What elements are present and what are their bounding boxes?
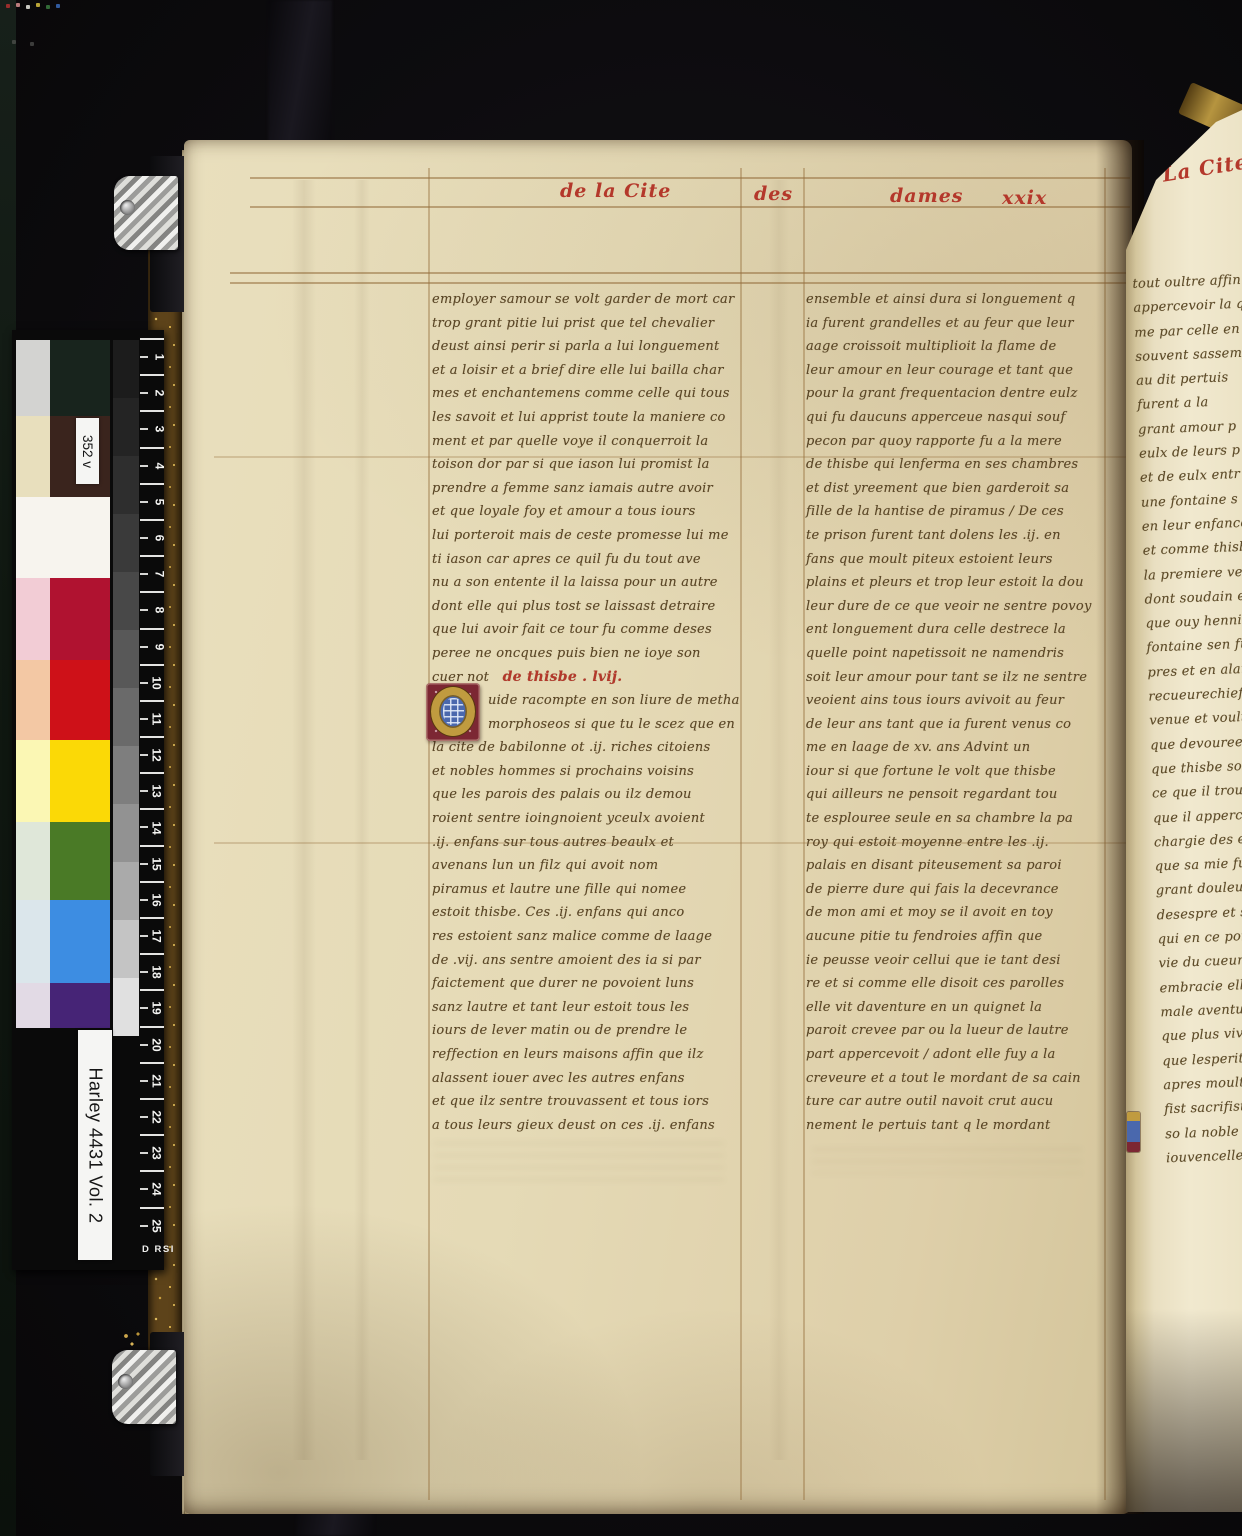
ruler-footer-label: D RSI <box>142 1245 175 1255</box>
text-line: so la noble Cy d <box>1165 1118 1242 1147</box>
color-patch <box>16 740 50 822</box>
color-patch-row <box>16 578 110 660</box>
next-folio-edge: La Cite tout oultre affin qappercevoir l… <box>1126 60 1242 1512</box>
color-patch-row <box>16 497 110 578</box>
color-patch <box>50 900 110 983</box>
text-line: ce que il trouva <box>1152 778 1242 807</box>
text-line: a tous leurs gieux deust on ces .ij. enf… <box>432 1114 738 1138</box>
color-calibration-bar: 1234567891011121314151617181920212223242… <box>12 330 164 1270</box>
text-line: furent a la <box>1137 389 1242 418</box>
ruling-line <box>250 206 1130 208</box>
black-strap-top <box>268 0 332 154</box>
text-line: de pierre dure qui fais la decevrance <box>806 878 1112 902</box>
text-line: elle vit daventure en un quignet la <box>806 996 1112 1020</box>
text-line: chargie des entra <box>1154 826 1242 855</box>
ruler-cell: 6 <box>140 519 164 555</box>
text-line: ti iason car apres ce quil fu du tout av… <box>432 548 738 572</box>
ruler-cell: 25 <box>140 1207 164 1243</box>
color-patch <box>16 497 50 578</box>
text-line: venue et voult dessu <box>1149 705 1242 734</box>
text-line: leur amour en leur courage et tant que <box>806 359 1112 383</box>
text-line: quelle point napetissoit ne namendris <box>806 642 1112 666</box>
ruler-cell: 23 <box>140 1134 164 1170</box>
color-patch <box>50 983 110 1028</box>
ruler-cell: 5 <box>140 483 164 519</box>
text-line: alassent iouer avec les autres enfans <box>432 1067 738 1091</box>
text-line: ment et par quelle voye il conquerroit l… <box>432 430 738 454</box>
rubric-red: de thisbe . lvij. <box>503 669 623 685</box>
ruler-cell: 13 <box>140 772 164 808</box>
grayscale-step <box>113 398 139 456</box>
ruling-line <box>740 168 742 1500</box>
grayscale-step <box>113 630 139 688</box>
binding-clip-top <box>114 176 178 250</box>
ruler-cell: 4 <box>140 447 164 483</box>
text-line: fille de la hantise de piramus / De ces <box>806 500 1112 524</box>
ruling-line <box>230 272 1130 274</box>
text-line: iour si que fortune le volt que thisbe <box>806 760 1112 784</box>
grayscale-strip <box>113 340 139 1036</box>
shelfmark-label: Harley 4431 Vol. 2 <box>78 1030 112 1260</box>
ruler-cell: 20 <box>140 1026 164 1062</box>
text-line: paroit crevee par ou la lueur de lautre <box>806 1019 1112 1043</box>
text-line: et dist yreement que bien garderoit sa <box>806 477 1112 501</box>
grayscale-step <box>113 978 139 1036</box>
color-patch-row <box>16 822 110 900</box>
text-line: et comme thisbe <box>1142 535 1242 564</box>
text-line: que les parois des palais ou ilz demou <box>432 783 738 807</box>
text-line: te prison furent tant dolens les .ij. en <box>806 524 1112 548</box>
color-patch <box>50 578 110 660</box>
running-header-part2: des <box>754 183 793 205</box>
text-line: ia furent grandelles et au feur que leur <box>806 312 1112 336</box>
text-line: .ij. enfans sur tous autres beaulx et <box>432 831 738 855</box>
text-line: me en laage de xv. ans Advint un <box>806 736 1112 760</box>
ruler-cell: 14 <box>140 808 164 844</box>
running-header-part4: xxix <box>1002 187 1047 209</box>
color-patch <box>50 660 110 740</box>
color-patch-row <box>16 740 110 822</box>
text-line: veoient ains tous iours avivoit au feur <box>806 689 1112 713</box>
text-line: soit leur amour pour tant se ilz ne sent… <box>806 666 1112 690</box>
text-line: que plus vivre <box>1161 1021 1242 1050</box>
color-patch <box>16 660 50 740</box>
next-folio-running-header: La Cite <box>1161 149 1242 186</box>
grayscale-step <box>113 572 139 630</box>
text-line: creveure et a tout le mordant de sa cain <box>806 1067 1112 1091</box>
text-line: apres moult piteu <box>1163 1069 1242 1098</box>
running-header-part1: de la Cite <box>560 180 671 202</box>
text-line: la premiere venue <box>1143 559 1242 588</box>
text-line: plains et pleurs et trop leur estoit la … <box>806 571 1112 595</box>
color-patch-row <box>16 340 110 416</box>
ruler-cell: 8 <box>140 591 164 627</box>
ruler: 1234567891011121314151617181920212223242… <box>140 338 164 1243</box>
text-line: dont elle qui plus tost se laissast detr… <box>432 595 738 619</box>
ruler-cell: 7 <box>140 555 164 591</box>
text-line: avenans lun un filz qui avoit nom <box>432 854 738 878</box>
text-line: ture car autre outil navoit crut aucu <box>806 1090 1112 1114</box>
color-patch <box>50 340 110 416</box>
text-line: iouvencelle nar <box>1166 1142 1242 1171</box>
text-line: employer samour se volt garder de mort c… <box>432 288 738 312</box>
text-line: embracie elle s <box>1159 972 1242 1001</box>
ruler-cell: 2 <box>140 374 164 410</box>
text-line: leur dure de ce que veoir ne sentre povo… <box>806 595 1112 619</box>
grayscale-step <box>113 514 139 572</box>
color-patch-row <box>16 900 110 983</box>
next-folio-small-initial <box>1127 1112 1140 1152</box>
ruler-cell: 1 <box>140 338 164 374</box>
text-line: part appercevoit / adont elle fuy a la <box>806 1043 1112 1067</box>
text-line: ie peusse veoir cellui que ie tant desi <box>806 949 1112 973</box>
ruling-line <box>230 282 1130 284</box>
text-line: et nobles hommes si prochains voisins <box>432 760 738 784</box>
text-line: grant amour p <box>1138 414 1242 443</box>
text-line: prendre a femme sanz iamais autre avoir <box>432 477 738 501</box>
color-patch <box>50 822 110 900</box>
text-line: desespre et si comm <box>1156 899 1242 928</box>
text-line: fist sacrifist de la me <box>1164 1093 1242 1122</box>
text-line: nu a son entente il la laissa pour un au… <box>432 571 738 595</box>
color-patch <box>16 416 50 497</box>
ruling-line <box>803 168 805 1500</box>
color-patch <box>16 900 50 983</box>
text-line: que il apperceut a <box>1153 802 1242 831</box>
text-line: eulx de leurs p <box>1139 438 1242 467</box>
text-line: pour la grant frequentacion dentre eulz <box>806 382 1112 406</box>
text-line: fans que moult piteux estoient leurs <box>806 548 1112 572</box>
text-line: mes et enchantemens comme celle qui tous <box>432 382 738 406</box>
text-line: toison dor par si que iason lui promist … <box>432 453 738 477</box>
text-line: appercevoir la quel <box>1133 292 1242 321</box>
text-line: nement le pertuis tant q le mordant <box>806 1114 1112 1138</box>
text-line: que sa mie fust <box>1154 851 1242 880</box>
ruler-cell: 12 <box>140 736 164 772</box>
ruler-cell: 16 <box>140 881 164 917</box>
text-column-2: ensemble et ainsi dura si longuement qia… <box>806 288 1112 1137</box>
text-line: roy qui estoit moyenne entre les .ij. <box>806 831 1112 855</box>
ruler-cell: 21 <box>140 1062 164 1098</box>
text-line: que ouy hennir bruyr <box>1145 608 1242 637</box>
text-line: deust ainsi perir si parla a lui longuem… <box>432 335 738 359</box>
text-line: male aventure d <box>1160 996 1242 1025</box>
text-line: te esplouree seule en sa chambre la pa <box>806 807 1112 831</box>
text-line: en leur enfance <box>1141 511 1242 540</box>
text-line: piramus et lautre une fille qui nomee <box>432 878 738 902</box>
color-patch <box>50 497 110 578</box>
ruler-cell: 10 <box>140 664 164 700</box>
text-line: aucune pitie tu fendroies affin que <box>806 925 1112 949</box>
ruler-cell: 24 <box>140 1170 164 1206</box>
text-line: estoit thisbe. Ces .ij. enfans qui anco <box>432 901 738 925</box>
text-line: palais en disant piteusement sa paroi <box>806 854 1112 878</box>
text-line: iours de lever matin ou de prendre le <box>432 1019 738 1043</box>
color-patch <box>50 740 110 822</box>
text-line: trop grant pitie lui prist que tel cheva… <box>432 312 738 336</box>
text-line: qui ailleurs ne pensoit regardant tou <box>806 783 1112 807</box>
text-line: me par celle en se <box>1134 317 1242 346</box>
text-line: roient sentre ioingnoient yceulx avoient <box>432 807 738 831</box>
text-line: qui fu daucuns apperceue nasqui souf <box>806 406 1112 430</box>
decorated-initial-O: O <box>426 683 480 741</box>
grayscale-step <box>113 688 139 746</box>
manuscript-photo: 1234567891011121314151617181920212223242… <box>0 0 1242 1536</box>
running-header-part3: dames <box>890 185 964 207</box>
text-line: pecon par quoy rapporte fu a la mere <box>806 430 1112 454</box>
text-line: dont soudain elle es <box>1144 584 1242 613</box>
text-line: faictement que durer ne povoient luns <box>432 972 738 996</box>
color-patch <box>16 822 50 900</box>
binding-clip-bottom <box>112 1350 176 1424</box>
text-line: peree ne oncques puis bien ne ioye son <box>432 642 738 666</box>
ruler-cell: 11 <box>140 700 164 736</box>
text-line: res estoient sanz malice comme de laage <box>432 925 738 949</box>
text-line: ensemble et ainsi dura si longuement q <box>806 288 1112 312</box>
show-through-smudge <box>434 1142 724 1190</box>
text-line: recueurechief que el <box>1148 681 1242 710</box>
text-line: ent longuement dura celle destrece la <box>806 618 1112 642</box>
text-line: fontaine sen fuy cac <box>1146 632 1242 661</box>
text-line: que lesperit de so <box>1162 1045 1242 1074</box>
text-line: de thisbe qui lenferma en ses chambres <box>806 453 1112 477</box>
color-patch <box>16 983 50 1028</box>
grayscale-step <box>113 456 139 514</box>
text-line: de leur ans tant que ia furent venus co <box>806 713 1112 737</box>
color-patch-row <box>16 983 110 1028</box>
grayscale-step <box>113 804 139 862</box>
ruler-cell: 22 <box>140 1098 164 1134</box>
next-folio-text: tout oultre affin qappercevoir la quelme… <box>1132 268 1242 1171</box>
ruler-cell: 3 <box>140 410 164 446</box>
text-line: au dit pertuis <box>1136 365 1242 394</box>
text-line: re et si comme elle disoit ces parolles <box>806 972 1112 996</box>
text-line: grant douleur que <box>1155 875 1242 904</box>
text-line: aage croissoit multiplioit la flame de <box>806 335 1112 359</box>
text-line: de .vij. ans sentre amoient des ia si pa… <box>432 949 738 973</box>
grayscale-step <box>113 862 139 920</box>
text-line: reffection en leurs maisons affin que il… <box>432 1043 738 1067</box>
ruler-cell: 15 <box>140 845 164 881</box>
text-line: pres et en alant la <box>1147 656 1242 685</box>
grayscale-step <box>113 920 139 978</box>
text-line: que devourees avo <box>1150 729 1242 758</box>
ruling-line <box>250 177 1130 179</box>
color-patch <box>16 578 50 660</box>
text-line: lui porteroit mais de ceste promesse lui… <box>432 524 738 548</box>
text-line: que lui avoir fait ce tour fu comme dese… <box>432 618 738 642</box>
text-line: et a loisir et a brief dire elle lui bai… <box>432 359 738 383</box>
gold-ornament <box>118 1328 148 1350</box>
page-parchment: de la Cite des dames xxix O employer sam… <box>184 140 1132 1514</box>
text-line: les savoit et lui apprist toute la manie… <box>432 406 738 430</box>
ruler-cell: 19 <box>140 989 164 1025</box>
ruler-cell: 18 <box>140 953 164 989</box>
color-patch-row <box>16 660 110 740</box>
ruling-line <box>428 168 430 1500</box>
color-patch <box>16 340 50 416</box>
grayscale-step <box>113 746 139 804</box>
grayscale-step <box>113 340 139 398</box>
text-line: souvent sassembla <box>1135 341 1242 370</box>
text-column-1: O employer samour se volt garder de mort… <box>432 288 738 1137</box>
text-line: que thisbe sosast ho <box>1151 754 1242 783</box>
text-line: et que ilz sentre trouvassent et tous io… <box>432 1090 738 1114</box>
text-line: tout oultre affin q <box>1132 268 1242 297</box>
text-line: une fontaine s <box>1140 487 1242 516</box>
text-line: et de eulx entr <box>1140 462 1242 491</box>
text-line: et que loyale foy et amour a tous iours <box>432 500 738 524</box>
folio-label: 352 v <box>76 418 99 484</box>
text-line: vie du cueur ch <box>1158 948 1242 977</box>
ruler-cell: 17 <box>140 917 164 953</box>
ruler-cell: 9 <box>140 628 164 664</box>
text-line: de mon ami et moy se il avoit en toy <box>806 901 1112 925</box>
text-line: qui en ce point le <box>1157 924 1242 953</box>
text-line: sanz lautre et tant leur estoit tous les <box>432 996 738 1020</box>
show-through-smudge <box>812 1148 1082 1174</box>
